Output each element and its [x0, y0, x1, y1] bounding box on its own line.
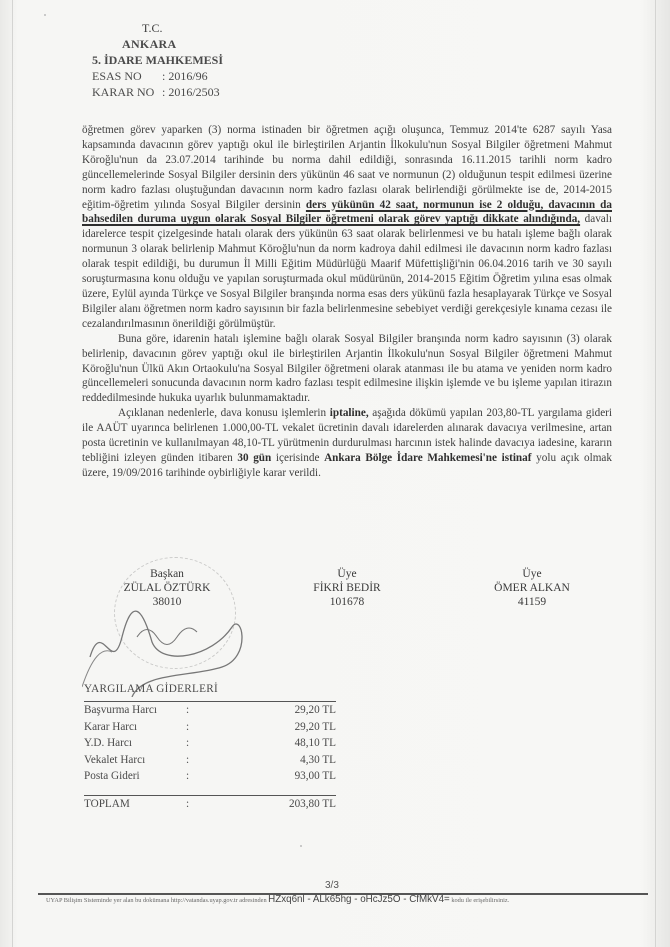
- city-label: ANKARA: [122, 36, 176, 52]
- signatory-name: ÖMER ALKAN: [457, 581, 607, 595]
- cost-label: Başvurma Harcı: [84, 702, 157, 719]
- scan-speck: [44, 14, 46, 16]
- paragraph-reasoning: öğretmen görev yaparken (3) norma istina…: [82, 123, 612, 332]
- costs-total-colon: :: [186, 796, 189, 813]
- scan-edge-right: [655, 0, 656, 947]
- cost-label: Y.D. Harcı: [84, 735, 132, 752]
- scan-edge-left: [12, 0, 13, 947]
- paragraph-conclusion: Buna göre, idarenin hatalı işlemine bağl…: [82, 332, 612, 407]
- costs-total-label: TOPLAM: [84, 796, 130, 813]
- court-name: 5. İDARE MAHKEMESİ: [92, 52, 223, 68]
- scan-speck: [345, 440, 347, 442]
- footer-text-after: kodu ile erişebilirsiniz.: [450, 897, 509, 904]
- cost-amount: 93,00 TL: [295, 768, 336, 785]
- signatory-role: Üye: [457, 567, 607, 581]
- cost-colon: :: [186, 719, 189, 736]
- costs-row: Y.D. Harcı:48,10 TL: [84, 735, 336, 752]
- cost-label: Posta Gideri: [84, 768, 140, 785]
- signatory-role: Başkan: [92, 567, 242, 581]
- costs-rows: Başvurma Harcı:29,20 TLKarar Harcı:29,20…: [84, 702, 336, 785]
- cost-colon: :: [186, 702, 189, 719]
- costs-row: Karar Harcı:29,20 TL: [84, 719, 336, 736]
- footer-text-before: UYAP Bilişim Sisteminde yer alan bu dokü…: [46, 897, 268, 904]
- signatory-id: 41159: [457, 595, 607, 609]
- reasoning-text-2: davalı idarelerce tespit çizelgesinde ha…: [82, 213, 612, 329]
- signatory-id: 101678: [272, 595, 422, 609]
- signatory-id: 38010: [92, 595, 242, 609]
- verdict-annulment: iptaline,: [330, 407, 369, 419]
- paragraph-verdict: Açıklanan nedenlerle, dava konusu işleml…: [82, 406, 612, 481]
- cost-colon: :: [186, 735, 189, 752]
- cost-amount: 29,20 TL: [295, 719, 336, 736]
- costs-total-row: TOPLAM : 203,80 TL: [84, 795, 336, 813]
- verdict-appeal-court: Ankara Bölge İdare Mahkemesi'ne istinaf: [324, 452, 531, 464]
- case-number-row: ESAS NO: 2016/96: [92, 68, 208, 84]
- scanned-document-page: T.C. ANKARA 5. İDARE MAHKEMESİ ESAS NO: …: [0, 0, 670, 947]
- signatory-member-1: Üye FİKRİ BEDİR 101678: [272, 567, 422, 609]
- decision-number-label: KARAR NO: [92, 84, 162, 100]
- footer-access-code: HZxq6nl - ALk65hg - oHcJz5O - CfMkV4=: [268, 894, 450, 905]
- decision-body: öğretmen görev yaparken (3) norma istina…: [82, 123, 612, 481]
- costs-row: Posta Gideri:93,00 TL: [84, 768, 336, 785]
- cost-label: Karar Harcı: [84, 719, 137, 736]
- page-number: 3/3: [325, 880, 339, 891]
- decision-number-row: KARAR NO: 2016/2503: [92, 84, 220, 100]
- costs-row: Başvurma Harcı:29,20 TL: [84, 702, 336, 719]
- signatory-member-2: Üye ÖMER ALKAN 41159: [457, 567, 607, 609]
- signatory-name: FİKRİ BEDİR: [272, 581, 422, 595]
- case-number-value: : 2016/96: [162, 69, 208, 83]
- footer-note: UYAP Bilişim Sisteminde yer alan bu dokü…: [46, 894, 656, 905]
- verdict-appeal-period: 30 gün: [237, 452, 271, 464]
- signatory-name: ZÜLAL ÖZTÜRK: [92, 581, 242, 595]
- cost-amount: 4,30 TL: [300, 752, 336, 769]
- cost-colon: :: [186, 752, 189, 769]
- cost-amount: 48,10 TL: [295, 735, 336, 752]
- country-label: T.C.: [142, 20, 162, 36]
- cost-label: Vekalet Harcı: [84, 752, 145, 769]
- costs-title: YARGILAMA GİDERLERİ: [84, 683, 336, 702]
- case-number-label: ESAS NO: [92, 68, 162, 84]
- cost-colon: :: [186, 768, 189, 785]
- court-costs-table: YARGILAMA GİDERLERİ Başvurma Harcı:29,20…: [84, 683, 336, 813]
- verdict-text-3: içerisinde: [271, 452, 324, 464]
- costs-total-amount: 203,80 TL: [289, 796, 336, 813]
- decision-number-value: : 2016/2503: [162, 85, 220, 99]
- scan-speck: [300, 845, 302, 847]
- signatory-president: Başkan ZÜLAL ÖZTÜRK 38010: [92, 567, 242, 609]
- cost-amount: 29,20 TL: [295, 702, 336, 719]
- handwritten-signature: [82, 597, 282, 697]
- verdict-text-1: Açıklanan nedenlerle, dava konusu işleml…: [118, 407, 330, 419]
- costs-row: Vekalet Harcı:4,30 TL: [84, 752, 336, 769]
- signatory-role: Üye: [272, 567, 422, 581]
